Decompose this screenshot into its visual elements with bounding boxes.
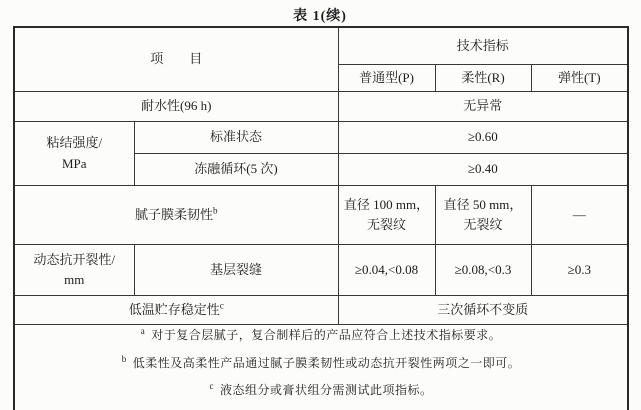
lowtemp-stability-label: 低温贮存稳定性c [14,296,338,325]
footnote-b: b低柔性及高柔性产品通过腻子膜柔韧性或动态抗开裂性两项之一即可。 [17,354,625,373]
footnote-a-text: 对于复合层腻子，复合制样后的产品应符合上述技术指标要求。 [151,328,501,342]
film-flexibility-text: 腻子膜柔韧性 [135,207,213,222]
bond-strength-group-label: 粘结强度/ MPa [14,122,134,186]
row-footnotes: a对于复合层腻子，复合制样后的产品应符合上述技术指标要求。 b低柔性及高柔性产品… [14,325,628,410]
crack-resistance-value-t: ≥0.3 [531,245,628,296]
header-col-flexible: 柔性(R) [435,65,531,92]
crack-resistance-value-r: ≥0.08,<0.3 [435,245,531,296]
table-title: 表 1(续) [13,5,627,25]
row-lowtemp-stability: 低温贮存稳定性c 三次循环不变质 [14,296,628,325]
lowtemp-stability-text: 低温贮存稳定性 [129,302,220,317]
bond-standard-label: 标准状态 [134,122,338,154]
bond-freeze-value: ≥0.40 [338,154,628,186]
header-col-elastic: 弹性(T) [531,65,628,92]
crack-resistance-value-p: ≥0.04,<0.08 [338,245,435,296]
footnote-b-text: 低柔性及高柔性产品通过腻子膜柔韧性或动态抗开裂性两项之一即可。 [133,356,521,370]
film-flexibility-label: 腻子膜柔韧性b [14,186,338,245]
water-resistance-value: 无异常 [338,92,628,122]
lowtemp-stability-footnote-mark: c [220,301,224,311]
film-flexibility-value-p: 直径 100 mm， 无裂纹 [338,186,435,245]
header-tech-cell: 技术指标 [338,27,628,65]
footnote-a-mark: a [141,326,146,336]
bond-standard-value: ≥0.60 [338,122,628,154]
footnote-b-mark: b [122,354,127,364]
spec-table: 项 目 技术指标 普通型(P) 柔性(R) 弹性(T) 耐水性(96 h) 无异… [13,26,629,410]
footnotes-cell: a对于复合层腻子，复合制样后的产品应符合上述技术指标要求。 b低柔性及高柔性产品… [14,325,628,410]
footnote-a: a对于复合层腻子，复合制样后的产品应符合上述技术指标要求。 [17,326,625,345]
header-row-1: 项 目 技术指标 [14,27,628,65]
bond-freeze-label: 冻融循环(5 次) [134,154,338,186]
footnote-c: c液态组分或膏状组分需测试此项指标。 [17,381,625,400]
document-page: 表 1(续) 项 目 技术指标 普通型(P) 柔性(R) 弹性(T) 耐水性(9… [0,0,641,410]
row-bond-standard: 粘结强度/ MPa 标准状态 ≥0.60 [14,122,628,154]
footnote-c-mark: c [210,381,215,391]
header-col-ordinary: 普通型(P) [338,65,435,92]
film-flexibility-footnote-mark: b [213,206,218,216]
film-flexibility-value-r: 直径 50 mm， 无裂纹 [435,186,531,245]
water-resistance-label: 耐水性(96 h) [14,92,338,122]
lowtemp-stability-value: 三次循环不变质 [338,296,628,325]
row-water-resistance: 耐水性(96 h) 无异常 [14,92,628,122]
footnote-c-text: 液态组分或膏状组分需测试此项指标。 [220,383,433,397]
crack-resistance-label: 基层裂缝 [134,245,338,296]
row-crack-resistance: 动态抗开裂性/ mm 基层裂缝 ≥0.04,<0.08 ≥0.08,<0.3 ≥… [14,245,628,296]
crack-resistance-group-label: 动态抗开裂性/ mm [14,245,134,296]
row-film-flexibility: 腻子膜柔韧性b 直径 100 mm， 无裂纹 直径 50 mm， 无裂纹 — [14,186,628,245]
film-flexibility-value-t: — [531,186,628,245]
header-item-cell: 项 目 [14,27,338,92]
